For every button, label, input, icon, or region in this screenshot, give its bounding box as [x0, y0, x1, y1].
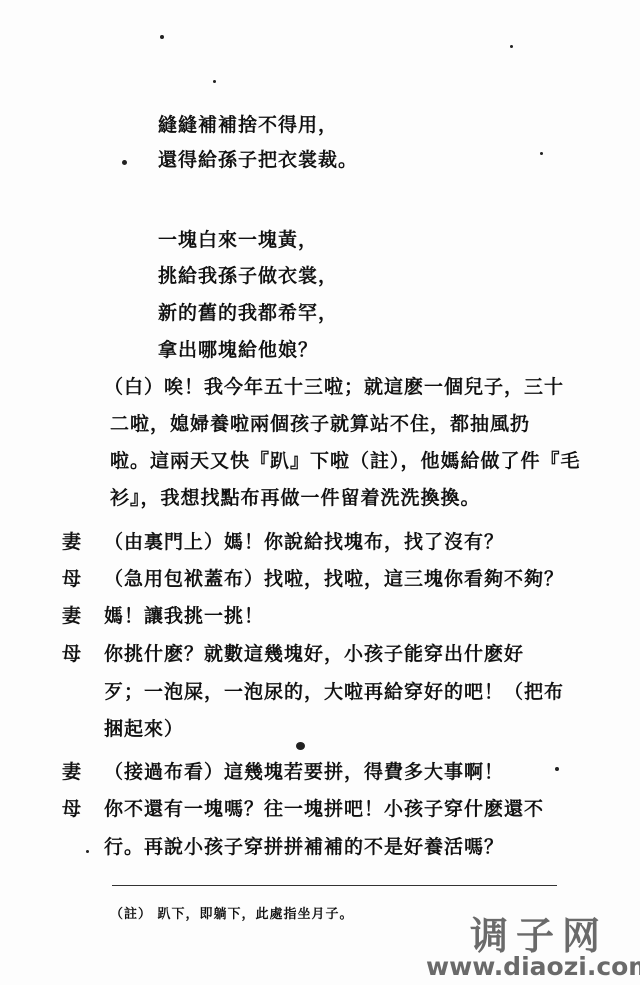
scanned-page: 縫縫補補捨不得用， 還得給孫子把衣裳裁。 一塊白來一塊黃， 挑給我孫子做衣裳， …: [0, 0, 640, 985]
speaker-label: 妻: [62, 604, 81, 628]
dialogue-line: 歹；一泡屎，一泡尿的，大啦再給穿好的吧！（把布: [104, 680, 564, 704]
footnote: （註） 趴下，即躺下，此處指坐月子。: [110, 903, 354, 922]
song-line: 新的舊的我都希罕，: [158, 301, 338, 325]
scan-speck: [296, 742, 305, 750]
monologue-line: 啦。這兩天又快『趴』下啦（註），他媽給做了件『毛: [110, 449, 581, 473]
scan-speck: [510, 45, 513, 48]
song-line: 還得給孫子把衣裳裁。: [158, 148, 358, 172]
dialogue-line: 你挑什麽？就數這幾塊好，小孩子能穿出什麽好: [104, 642, 524, 666]
speaker-label: 妻: [62, 760, 81, 784]
scan-speck: [213, 80, 216, 83]
footnote-divider: [112, 885, 557, 886]
dialogue-line: 你不還有一塊嗎？往一塊拼吧！小孩子穿什麽還不: [104, 797, 544, 821]
speaker-label: 母: [62, 797, 81, 821]
dialogue-line: （急用包袱蓋布）找啦，找啦，這三塊你看夠不夠？: [104, 567, 564, 591]
scan-speck: [540, 152, 543, 155]
song-line: 一塊白來一塊黃，: [158, 228, 318, 252]
song-line: 挑給我孫子做衣裳，: [158, 264, 338, 288]
scan-speck: [160, 35, 164, 39]
dialogue-line: （接過布看）這幾塊若要拼，得費多大事啊！: [104, 760, 504, 784]
scan-speck: [86, 850, 89, 853]
speaker-label: 妻: [62, 530, 81, 554]
monologue-line: 衫』，我想找點布再做一件留着洗洗換換。: [110, 486, 481, 510]
song-line: 拿出哪塊給他娘？: [158, 338, 318, 362]
monologue-line: 二啦，媳婦養啦兩個孩子就算站不住，都抽風扔: [110, 412, 530, 436]
speaker-label: 母: [62, 567, 81, 591]
watermark-url: www.diaozi.com: [426, 952, 640, 981]
scan-speck: [122, 160, 127, 165]
speaker-label: 母: [62, 642, 81, 666]
dialogue-line: （由裏門上）媽！你說給找塊布，找了沒有？: [104, 530, 504, 554]
song-line: 縫縫補補捨不得用，: [158, 113, 338, 137]
scan-speck: [555, 767, 559, 771]
dialogue-line: 行。再說小孩子穿拼拼補補的不是好養活嗎？: [104, 835, 504, 859]
dialogue-line: 捆起來）: [104, 717, 184, 741]
monologue-line: （白）唉！我今年五十三啦；就這麽一個兒子，三十: [104, 375, 564, 399]
dialogue-line: 媽！讓我挑一挑！: [104, 604, 264, 628]
